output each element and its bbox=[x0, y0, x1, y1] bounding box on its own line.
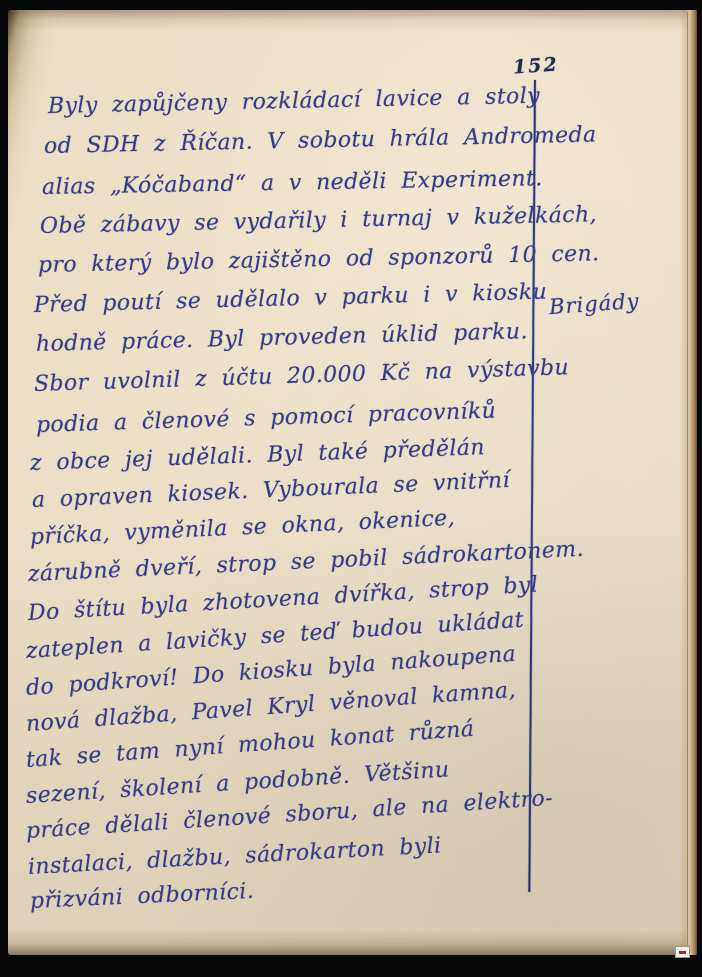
scan-background: 152 Brigády Byly zapůjčeny rozkládací la… bbox=[0, 0, 702, 977]
manuscript-line: přizváni odborníci. bbox=[29, 879, 254, 914]
scan-artifact-icon bbox=[675, 946, 690, 958]
manuscript-line: od SDH z Říčan. V sobotu hrála Andromeda bbox=[44, 122, 597, 159]
manuscript-line: Byly zapůjčeny rozkládací lavice a stoly bbox=[48, 84, 540, 119]
manuscript-line: z obce jej udělali. Byl také předělán bbox=[30, 435, 486, 476]
handwritten-text-block: Byly zapůjčeny rozkládací lavice a stoly… bbox=[0, 0, 702, 977]
manuscript-line: instalaci, dlažbu, sádrokarton byli bbox=[27, 833, 442, 880]
manuscript-line: příčka, vyměnila se okna, okenice, bbox=[29, 506, 455, 550]
manuscript-line: Sbor uvolnil z účtu 20.000 Kč na výstavb… bbox=[34, 355, 570, 397]
manuscript-line: Před poutí se udělalo v parku i v kiosku bbox=[34, 280, 548, 318]
manuscript-line: hodně práce. Byl proveden úklid parku. bbox=[36, 319, 528, 357]
manuscript-line: podia a členové s pomocí pracovníků bbox=[36, 399, 497, 438]
scan-artifact-red-bar bbox=[679, 951, 686, 954]
manuscript-line: Obě zábavy se vydařily i turnaj v kuželk… bbox=[40, 202, 597, 239]
manuscript-line: alias „Kóčaband“ a v neděli Experiment. bbox=[42, 166, 543, 200]
manuscript-line: pro který bylo zajištěno od sponzorů 10 … bbox=[38, 241, 600, 278]
